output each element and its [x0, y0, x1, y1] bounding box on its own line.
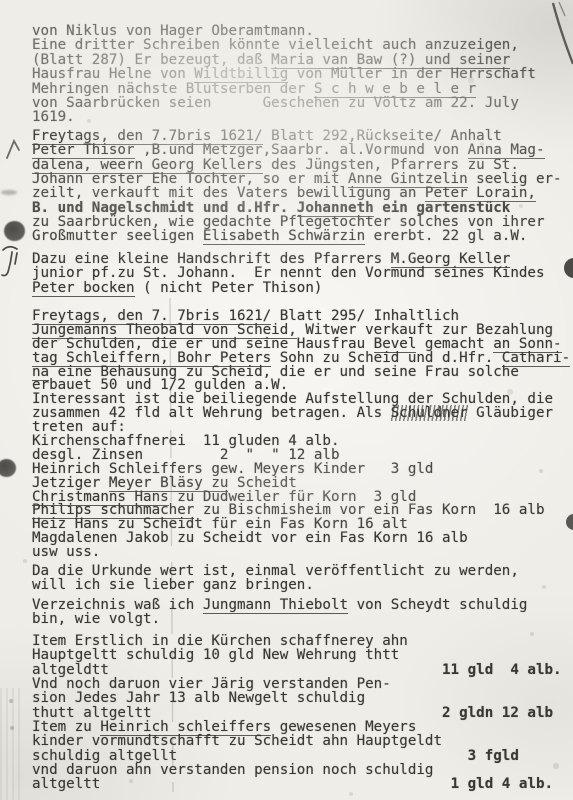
struck-through-text: Schuldner — [391, 405, 468, 421]
text-run — [100, 776, 450, 792]
document-line: 1619. — [32, 110, 571, 124]
text-run: altgeltt — [32, 776, 100, 792]
document-block-item: Item Erstlich in die Kürchen schaffnerey… — [32, 634, 571, 792]
document-line: Hausfrau Helne von Wildtbillig von Mülle… — [32, 67, 571, 81]
underlined-text: Jungmann Thiebolt — [203, 597, 348, 614]
document-block-f295: Freytags, den 7. 7bris 1621/ Blatt 295/ … — [32, 310, 571, 560]
document-line: dalena, weern Georg Kellers des Jüngsten… — [32, 158, 571, 172]
document-line: junior pf.zu St. Johann. Er nennt den Vo… — [32, 266, 571, 280]
text-run: 2 gldn 12 alb — [442, 705, 553, 721]
hole-punch-upper — [4, 221, 25, 241]
document-line: kinder vormundtschafft zu Scheidt ahn Ha… — [32, 734, 571, 748]
document-block-hand: Dazu eine kleine Handschrift des Pfarrer… — [32, 252, 571, 295]
document-line: sion Jedes Jahr 13 alb Newgelt schuldig — [32, 691, 571, 705]
document-line: zeilt, verkauft mit des Vaters bewilligu… — [32, 186, 571, 200]
underlined-text: Elisabeth Schwärzin — [203, 228, 365, 245]
document-line: will ich sie lieber ganz bringen. — [32, 578, 571, 592]
text-run: 1619. — [32, 109, 75, 125]
text-run: ererbt. 22 gl a.W. — [365, 228, 527, 244]
text-run: 1 gld 4 alb. — [451, 776, 554, 792]
document-line: Peter Thisor ,B.und Metzger,Saarbr. al.V… — [32, 143, 571, 157]
document-line: altgeldtt 11 gld 4 alb. — [32, 663, 571, 677]
text-run: von Scheydt schuldig — [348, 597, 527, 613]
document-block-urk: Da die Urkunde wert ist, einmal veröffen… — [32, 564, 571, 593]
document-blocks: von Niklus von Hager Oberamtmann.Eine dr… — [0, 0, 573, 800]
text-run: von Saarbrücken seien Geschehen zu Völtz… — [32, 95, 519, 111]
document-line: Hauptgeltt schuldig 10 gld New Wehrung t… — [32, 648, 571, 662]
document-line: Magdalenen Jakob zu Scheidt vor ein Fas … — [32, 532, 571, 546]
text-run: 11 gld 4 alb. — [442, 662, 562, 678]
scan-stripes-bottom-left — [0, 688, 20, 800]
document-line: usw uss. — [32, 546, 571, 560]
text-run: ( nicht Peter Thison) — [135, 280, 323, 296]
document-line: schuldig altgellt 3 fgld — [32, 749, 571, 763]
document-block-verz: Verzeichnis waß ich Jungmann Thiebolt vo… — [32, 598, 571, 627]
text-run: Großmutter seeligen — [32, 228, 203, 244]
text-run: will ich sie lieber ganz bringen. — [32, 577, 314, 593]
document-block-intro: von Niklus von Hager Oberamtmann.Eine dr… — [32, 24, 571, 125]
text-run: usw uss. — [32, 544, 100, 560]
document-line: altgeltt 1 gld 4 alb. — [32, 777, 571, 791]
document-line: von Saarbrücken seien Geschehen zu Völtz… — [32, 96, 571, 110]
document-line: Eine dritter Schreiben könnte vielleicht… — [32, 38, 571, 52]
text-run: Gläubiger — [468, 405, 553, 421]
document-line: bin, wie volgt. — [32, 612, 571, 626]
text-run: bin, wie volgt. — [32, 611, 160, 627]
document-line: (Blatt 287) Er bezeugt, daß Maria van Ba… — [32, 53, 571, 67]
text-run: 3 fgld — [468, 748, 519, 764]
paper-specks — [0, 0, 2, 2]
underlined-text: Peter bocken — [32, 280, 135, 297]
scanned-document-page: von Niklus von Hager Oberamtmann.Eine dr… — [0, 0, 573, 800]
ink-smudge-left — [1, 190, 17, 195]
document-line: Peter bocken ( nicht Peter Thison) — [32, 281, 571, 295]
text-run: von Müller in der Herrschaft — [288, 66, 536, 82]
document-block-f292: Freytags, den 7.7bris 1621/ Blatt 292,Rü… — [32, 129, 571, 244]
document-line: B. und Nagelschmidt und d.Hfr. Johanneth… — [32, 201, 571, 215]
document-line: Großmutter seeligen Elisabeth Schwärzin … — [32, 229, 571, 243]
document-line: thutt altgeltt 2 gldn 12 alb — [32, 706, 571, 720]
document-line: Mehringen nächste Blutserben der S c h w… — [32, 82, 571, 96]
